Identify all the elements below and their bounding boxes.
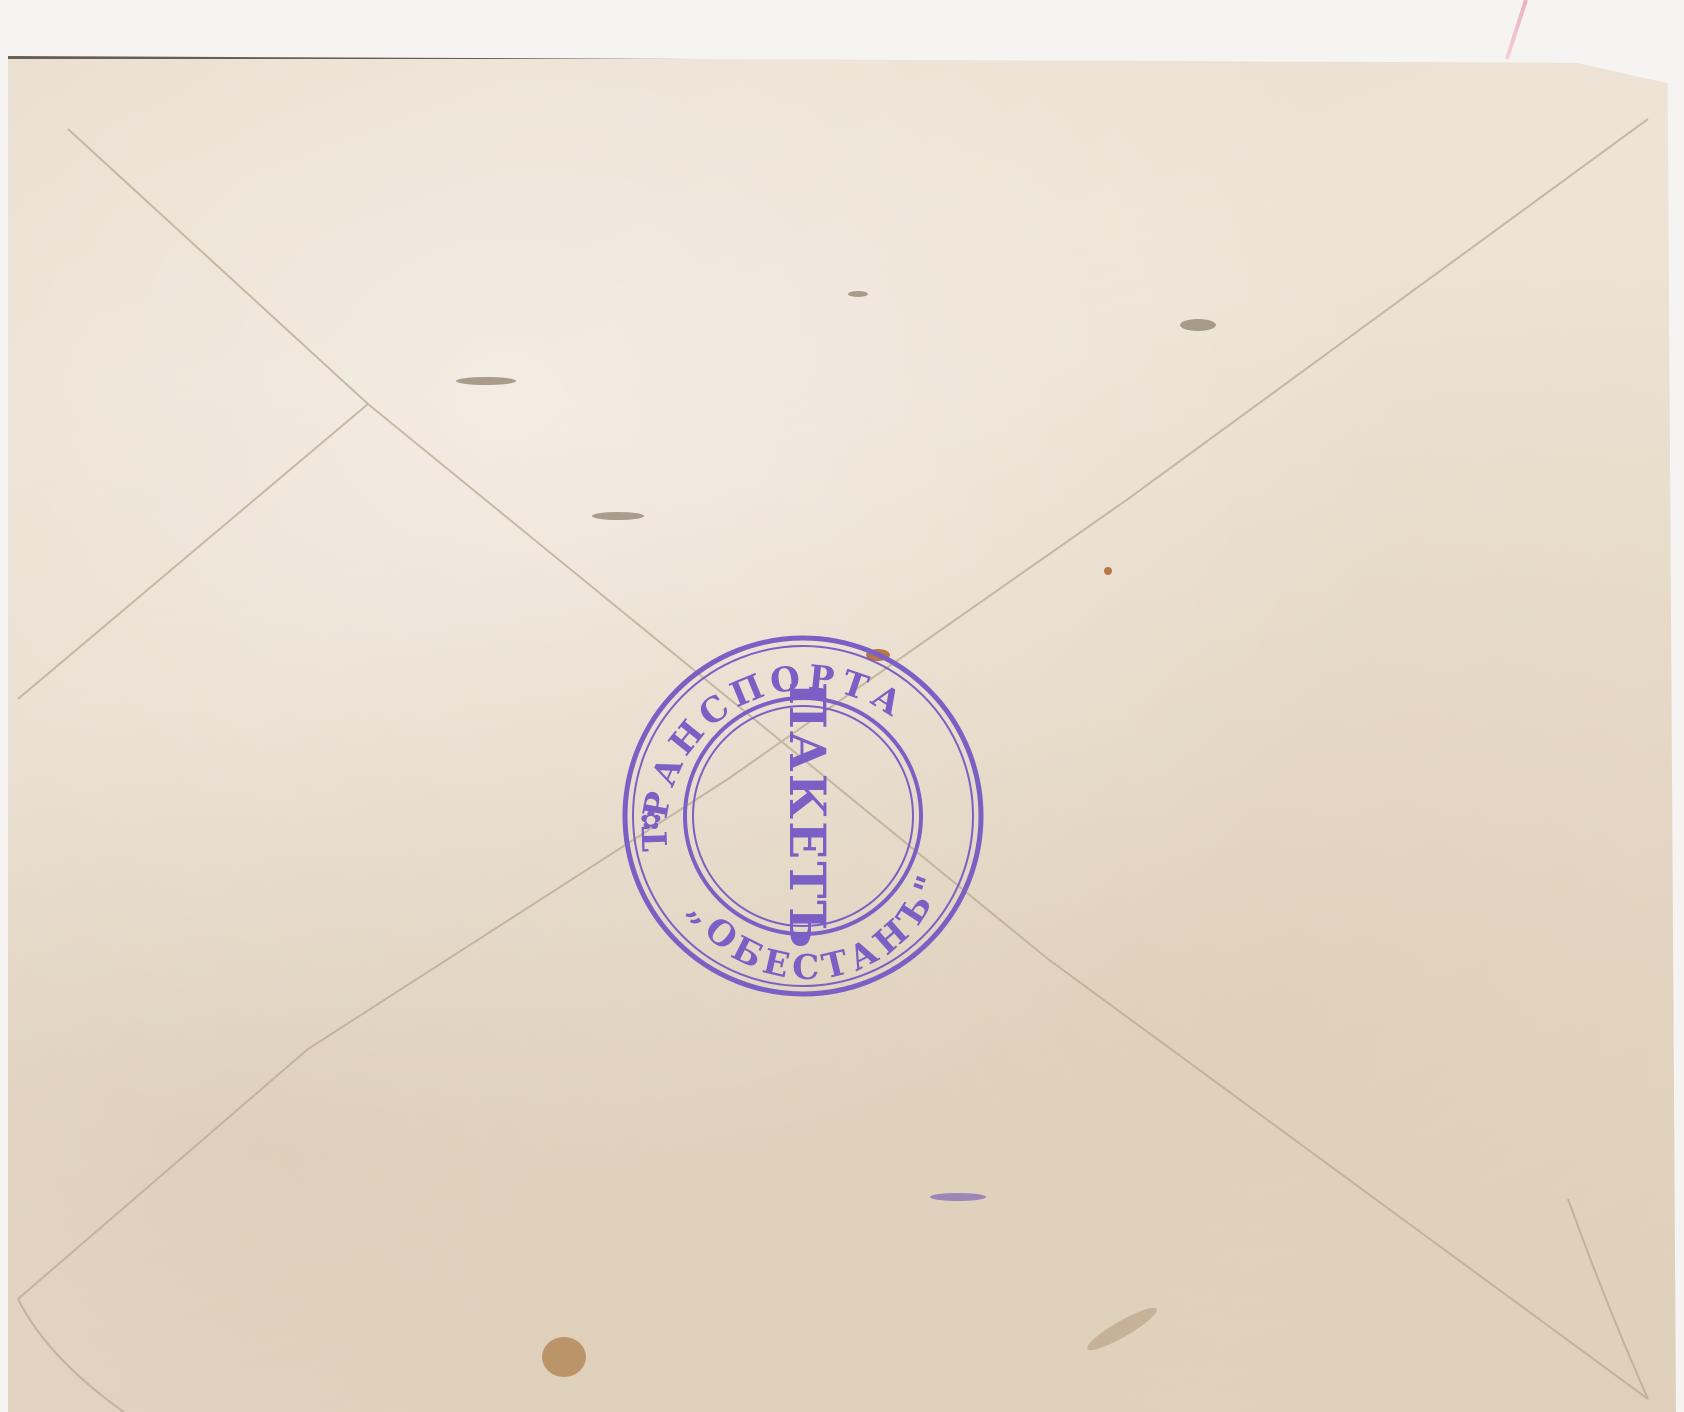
postal-stamp: ТРАНСПОРТА „ОБЕСТАНЪ" ✿ ПАКЕТЪ (618, 631, 988, 1001)
flower-ornament-icon: ✿ (640, 806, 662, 836)
envelope-back: ТРАНСПОРТА „ОБЕСТАНЪ" ✿ ПАКЕТЪ (8, 56, 1676, 1412)
stamp-center-text: ПАКЕТЪ (778, 682, 837, 951)
pink-pen-mark (1505, 0, 1528, 60)
